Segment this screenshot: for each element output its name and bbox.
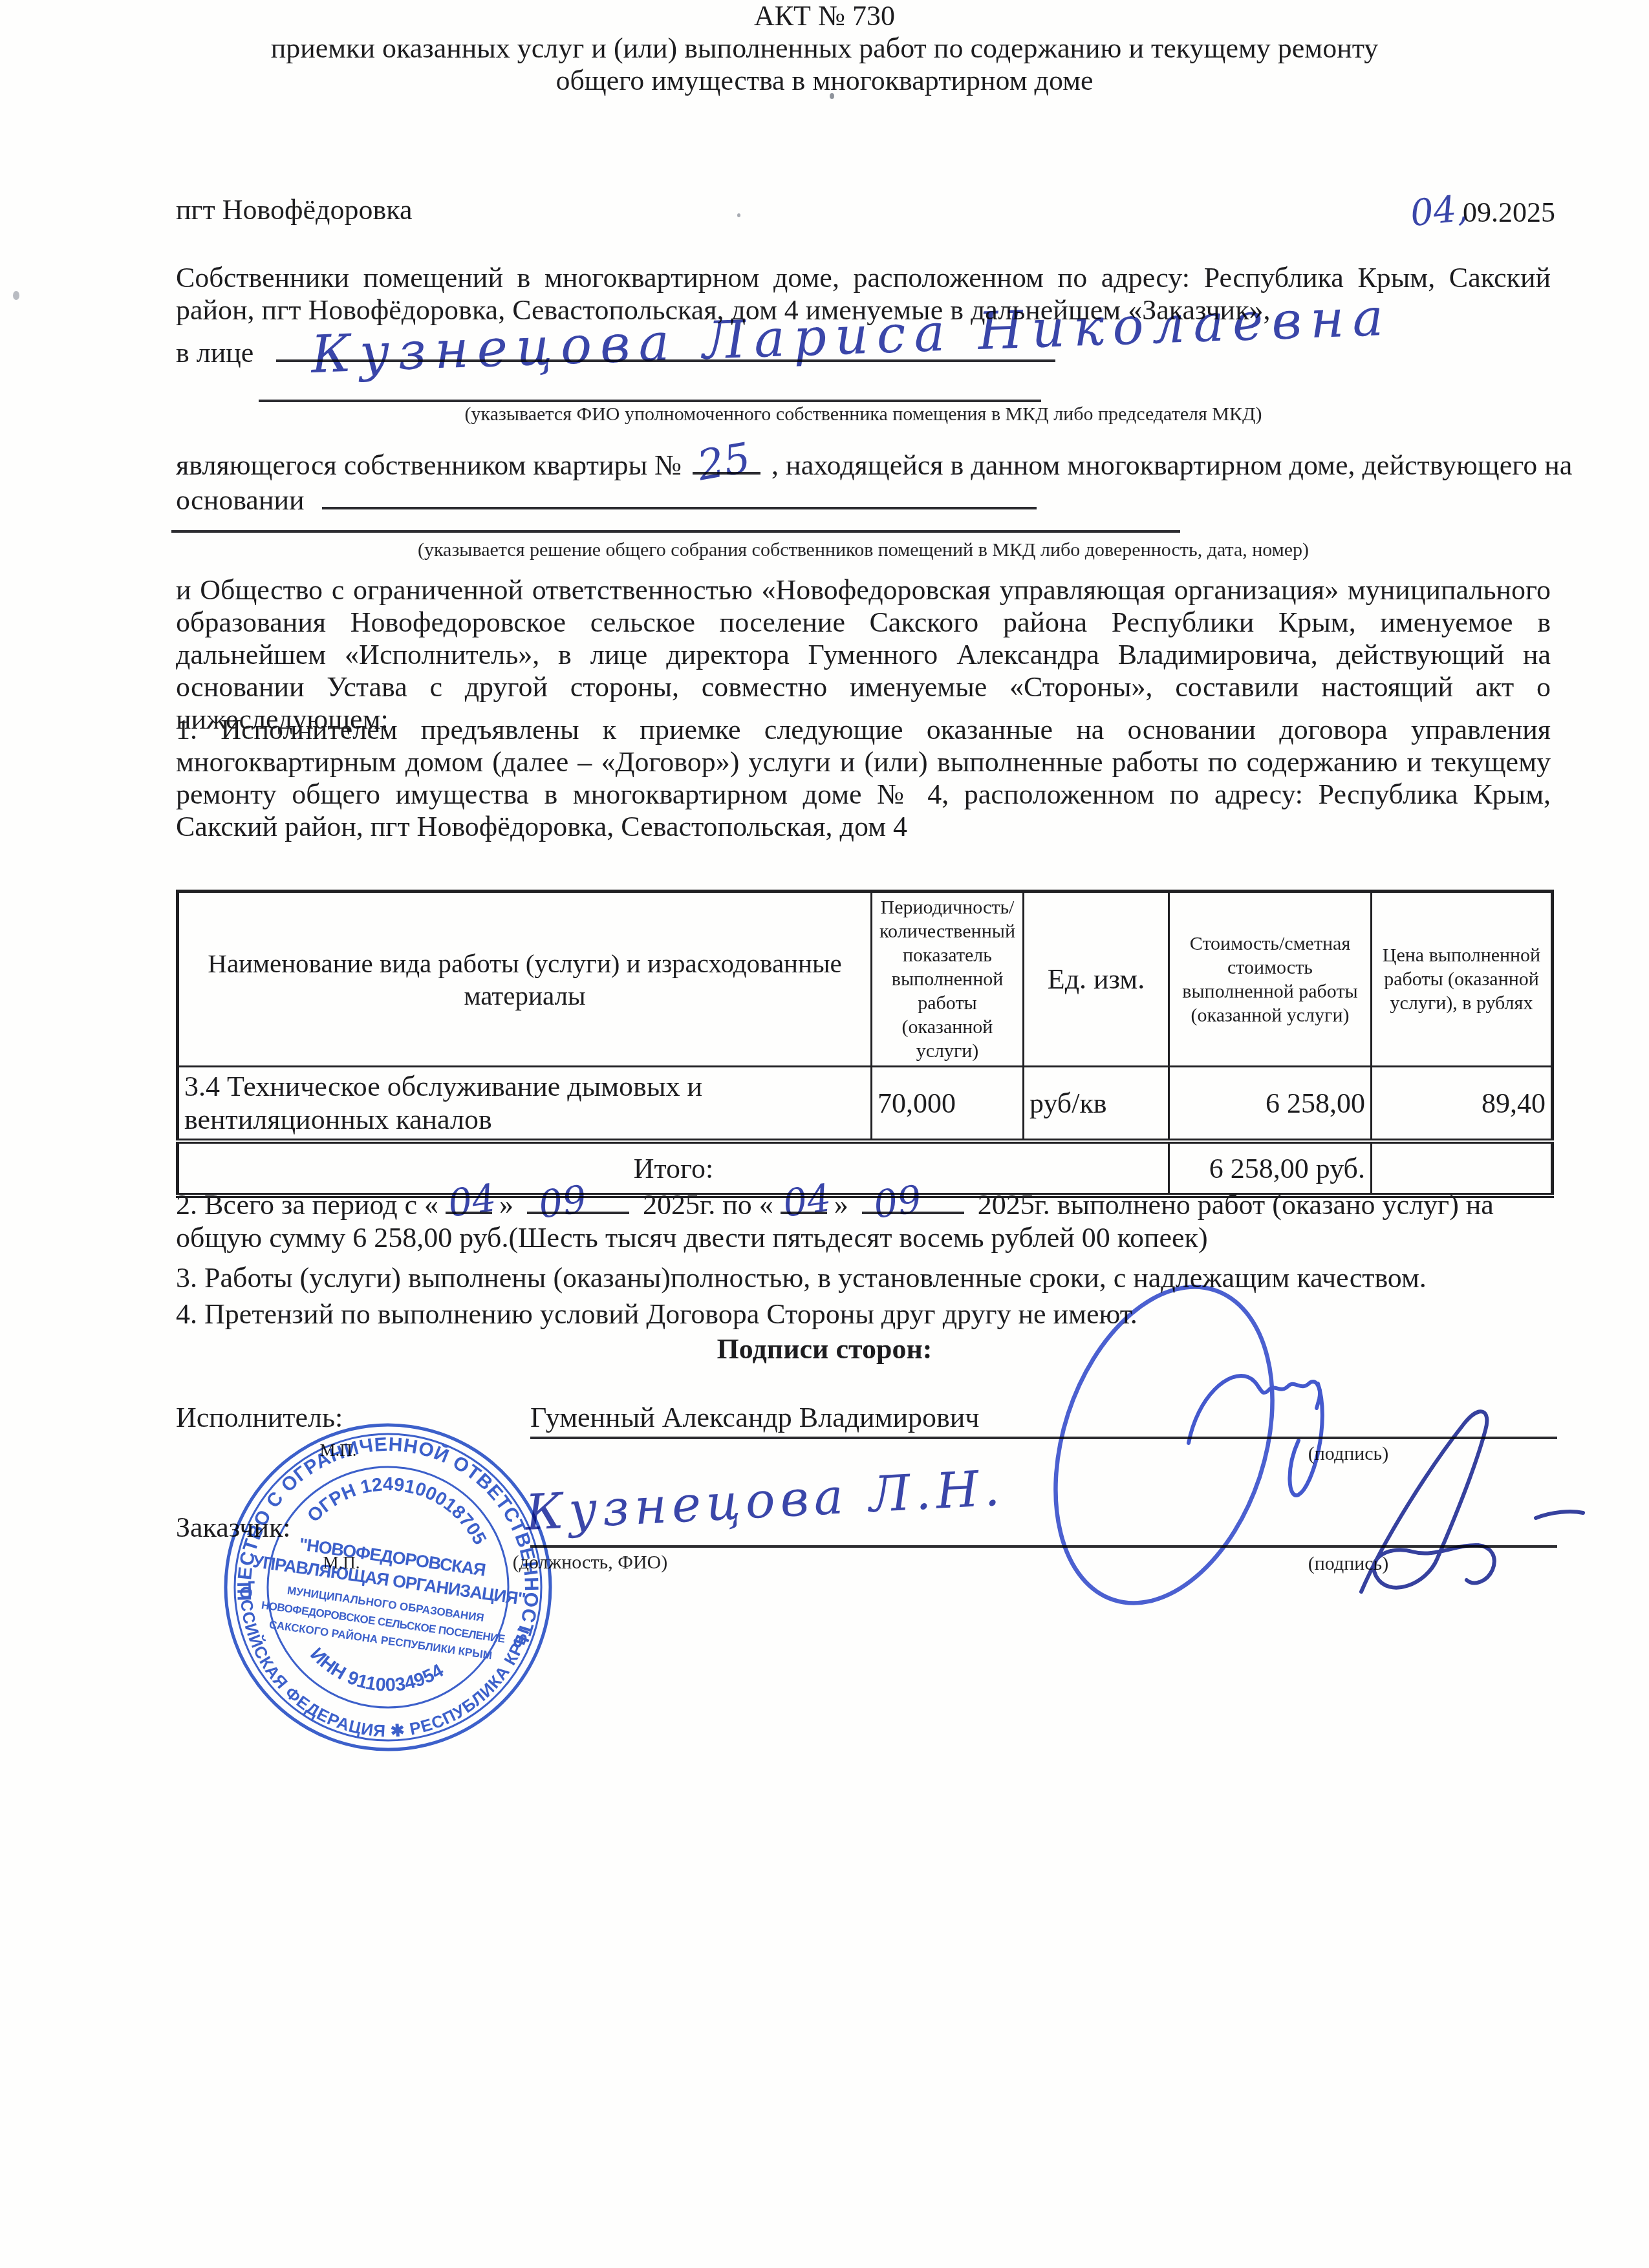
doc-title: АКТ № 730 [0,0,1649,32]
date-printed: 09.2025 [1463,197,1555,228]
company-stamp: ОБЩЕСТВО С ОГРАНИЧЕННОЙ ОТВЕТСТВЕННОСТЬЮ… [220,1419,556,1755]
apartment-number-handwritten: 25 [695,442,753,482]
p2-line2: основании [176,484,305,516]
day2-handwritten: 04 [781,1181,833,1220]
osnovanii-blank [322,478,1037,509]
works-table: Наименование вида работы (услуги) и изра… [176,890,1554,1198]
month1-handwritten: 09 [537,1182,588,1221]
month1-blank: 09 [527,1187,629,1214]
customer-signature [1361,1411,1583,1592]
paragraph-company: и Общество с ограниченной ответственност… [176,574,1551,736]
header-unit: Ед. изм. [1024,892,1169,1067]
place-label: пгт Новофёдоровка [176,194,413,226]
blank-line-long [171,530,1180,533]
header-periodicity: Периодичность/количественный показатель … [872,892,1024,1067]
doc-subtitle-1: приемки оказанных услуг и (или) выполнен… [0,32,1649,65]
v-lice-row: в лице Кузнецова Лариса Николаевна [176,331,1055,369]
cell-cost: 6 258,00 [1169,1067,1372,1142]
document-page: АКТ № 730 приемки оказанных услуг и (или… [0,0,1649,2268]
header-price: Цена выполненной работы (оказанной услуг… [1372,892,1553,1067]
scan-speck [737,213,740,217]
apartment-row: являющегося собственником квартиры № 25 … [176,446,1599,482]
table-row: 3.4 Техническое обслуживание дымовых и в… [178,1067,1553,1142]
cell-unit: руб/кв [1024,1067,1169,1142]
table-header-row: Наименование вида работы (услуги) и изра… [178,892,1553,1067]
month2-handwritten: 09 [872,1182,923,1221]
header-name: Наименование вида работы (услуги) и изра… [178,892,872,1067]
blank-line-2 [259,400,1041,402]
month2-blank: 09 [862,1187,964,1214]
quote-close-1: » [499,1189,513,1221]
date-row: 04,09.2025 [1229,194,1555,229]
doc-subtitle-2: общего имущества в многоквартирном доме [0,65,1649,97]
paragraph-item1: 1. Исполнителем предъявлены к приемке сл… [176,714,1551,843]
item2-line2: общую сумму 6 258,00 руб.(Шесть тысяч дв… [176,1222,1551,1254]
quote-close-2: » [834,1189,848,1221]
apartment-blank: 25 [693,446,760,475]
header-cost: Стоимость/сметная стоимость выполненной … [1169,892,1372,1067]
v-lice-label: в лице [176,337,253,369]
caption-fio: (указывается ФИО уполномоченного собстве… [176,403,1551,425]
executor-name: Гуменный Александр Владимирович [530,1402,979,1434]
p2-before: являющегося собственником квартиры № [176,449,682,481]
item2-text-2: 2025г. по « [643,1189,773,1221]
cell-quantity: 70,000 [872,1067,1024,1142]
day2-blank: 04 [781,1187,827,1214]
scan-speck [830,93,834,99]
customer-handwritten-name: Кузнецова Л.Н. [524,1459,1006,1541]
v-lice-blank: Кузнецова Лариса Николаевна [276,331,1055,362]
osnovanii-row: основании [176,478,1037,517]
day1-handwritten: 04 [446,1181,498,1220]
p2-after: , находящейся в данном многоквартирном д… [771,449,1572,481]
cell-price: 89,40 [1372,1067,1553,1142]
item2-text-1: 2. Всего за период с « [176,1189,438,1221]
executor-signature [1189,1376,1322,1495]
title-block: АКТ № 730 приемки оказанных услуг и (или… [0,0,1649,97]
caption-resolution: (указывается решение общего собрания соб… [176,539,1551,561]
day1-blank: 04 [446,1187,492,1214]
item2-row: 2. Всего за период с « 04 » 09 2025г. по… [176,1187,1644,1221]
signature-oval-flourish [1035,1261,1310,1631]
scan-speck [13,291,19,300]
item2-text-3: 2025г. выполнено работ (оказано услуг) н… [978,1189,1494,1221]
cell-work-name: 3.4 Техническое обслуживание дымовых и в… [178,1067,872,1142]
date-day-handwritten: 04, [1409,192,1470,230]
signatures-overlay [1035,1261,1649,1662]
